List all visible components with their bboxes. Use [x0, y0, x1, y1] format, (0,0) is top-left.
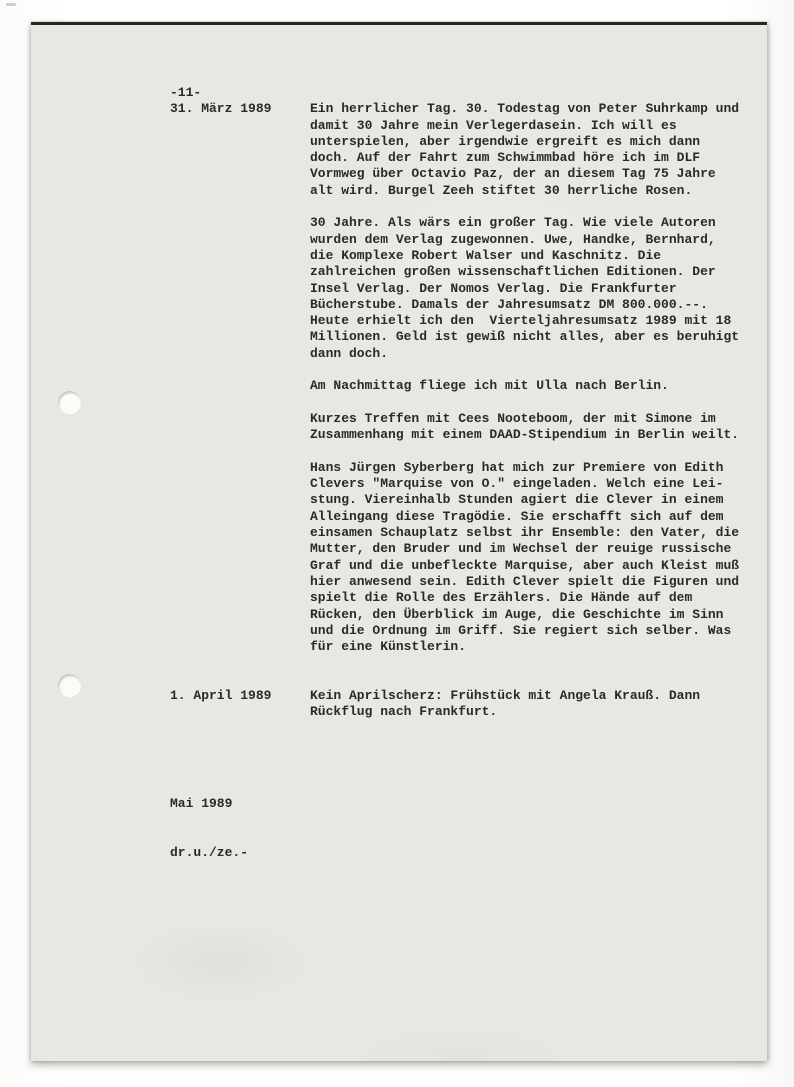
paragraph: Am Nachmittag fliege ich mit Ulla nach B… [310, 378, 755, 394]
paragraph: Kein Aprilscherz: Frühstück mit Angela K… [310, 688, 755, 721]
punch-hole-bottom [58, 674, 81, 697]
entry-body: Ein herrlicher Tag. 30. Todestag von Pet… [310, 101, 755, 671]
entry-date: 1. April 1989 [170, 688, 310, 704]
paragraph: Hans Jürgen Syberberg hat mich zur Premi… [310, 460, 755, 656]
entry-date: 31. März 1989 [170, 101, 310, 117]
diary-entry-april-1: 1. April 1989 Kein Aprilscherz: Frühstüc… [170, 688, 755, 737]
typewritten-content: -11- 31. März 1989 Ein herrlicher Tag. 3… [170, 85, 755, 894]
paragraph: 30 Jahre. Als wärs ein großer Tag. Wie v… [310, 215, 755, 362]
closing-note: Mai 1989 dr.u./ze.- [170, 764, 755, 894]
paper-sheet: -11- 31. März 1989 Ein herrlicher Tag. 3… [31, 22, 767, 1061]
page-number: -11- [170, 85, 755, 101]
diary-entry-march-31: 31. März 1989 Ein herrlicher Tag. 30. To… [170, 101, 755, 671]
closing-note-date: Mai 1989 [170, 796, 755, 812]
paragraph: Ein herrlicher Tag. 30. Todestag von Pet… [310, 101, 755, 199]
punch-hole-top [58, 391, 81, 414]
scan-artifact [6, 3, 16, 6]
scanner-background: -11- 31. März 1989 Ein herrlicher Tag. 3… [0, 0, 794, 1087]
entry-body: Kein Aprilscherz: Frühstück mit Angela K… [310, 688, 755, 737]
closing-note-initials: dr.u./ze.- [170, 845, 755, 861]
paragraph: Kurzes Treffen mit Cees Nooteboom, der m… [310, 411, 755, 444]
